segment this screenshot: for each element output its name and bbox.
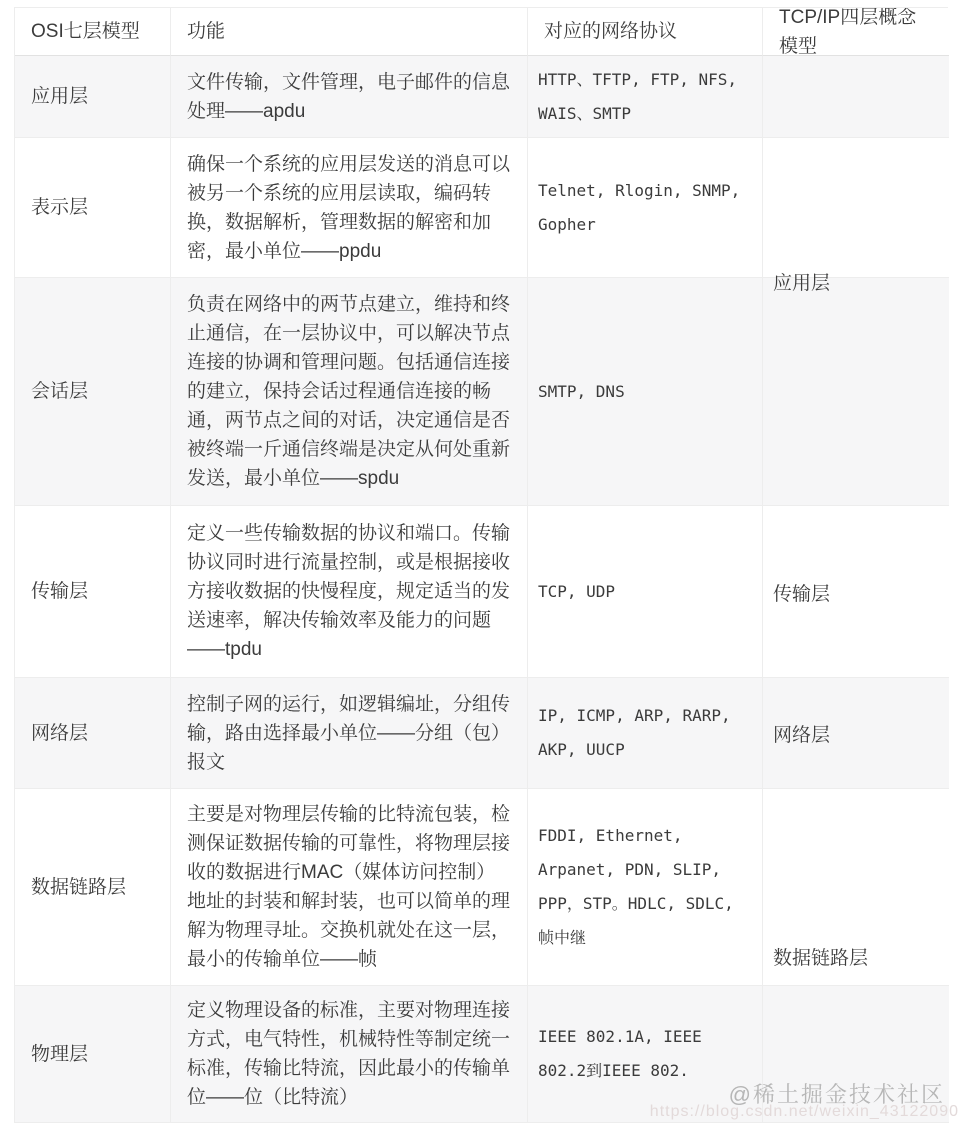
tcp-layer-label: 应用层 bbox=[763, 56, 949, 506]
protocols-cell: TCP, UDP bbox=[528, 506, 763, 678]
protocols-cell: HTTP、TFTP, FTP, NFS, WAIS、SMTP bbox=[528, 56, 763, 138]
function-cell: 确保一个系统的应用层发送的消息可以被另一个系统的应用层读取，编码转换，数据解析，… bbox=[171, 138, 528, 278]
function-cell: 控制子网的运行，如逻辑编址，分组传输，路由选择最小单位——分组（包）报文 bbox=[171, 678, 528, 789]
function-cell: 文件传输，文件管理，电子邮件的信息处理——apdu bbox=[171, 56, 528, 138]
osi-layer-cell: 应用层 bbox=[15, 56, 171, 138]
tcp-layer-label: 传输层 bbox=[763, 506, 949, 678]
protocols-cell: SMTP, DNS bbox=[528, 278, 763, 506]
osi-layer-cell: 传输层 bbox=[15, 506, 171, 678]
tcp-layer-label: 数据链路层 bbox=[763, 789, 949, 1123]
protocols-cell: FDDI, Ethernet, Arpanet, PDN, SLIP, PPP，… bbox=[528, 789, 763, 986]
protocols-cell: Telnet, Rlogin, SNMP, Gopher bbox=[528, 138, 763, 278]
function-cell: 定义一些传输数据的协议和端口。传输协议同时进行流量控制，或是根据接收方接收数据的… bbox=[171, 506, 528, 678]
function-cell: 负责在网络中的两节点建立，维持和终止通信，在一层协议中，可以解决节点连接的协调和… bbox=[171, 278, 528, 506]
function-cell: 主要是对物理层传输的比特流包装，检测保证数据传输的可靠性，将物理层接收的数据进行… bbox=[171, 789, 528, 986]
header-cell-1: 功能 bbox=[171, 8, 528, 56]
function-cell: 定义物理设备的标准，主要对物理连接方式，电气特性，机械特性等制定统一标准，传输比… bbox=[171, 986, 528, 1123]
osi-layer-cell: 网络层 bbox=[15, 678, 171, 789]
protocols-cell: IP, ICMP, ARP, RARP, AKP, UUCP bbox=[528, 678, 763, 789]
header-cell-0: OSI七层模型 bbox=[15, 8, 171, 56]
header-cell-3: TCP/IP四层概念模型 bbox=[763, 8, 949, 56]
osi-layer-cell: 表示层 bbox=[15, 138, 171, 278]
tcp-layer-label: 网络层 bbox=[763, 678, 949, 789]
osi-layer-cell: 物理层 bbox=[15, 986, 171, 1123]
osi-table: OSI七层模型功能对应的网络协议TCP/IP四层概念模型应用层文件传输，文件管理… bbox=[14, 7, 948, 1123]
osi-layer-cell: 数据链路层 bbox=[15, 789, 171, 986]
header-cell-2: 对应的网络协议 bbox=[528, 8, 763, 56]
page: OSI七层模型功能对应的网络协议TCP/IP四层概念模型应用层文件传输，文件管理… bbox=[0, 0, 960, 1127]
osi-layer-cell: 会话层 bbox=[15, 278, 171, 506]
